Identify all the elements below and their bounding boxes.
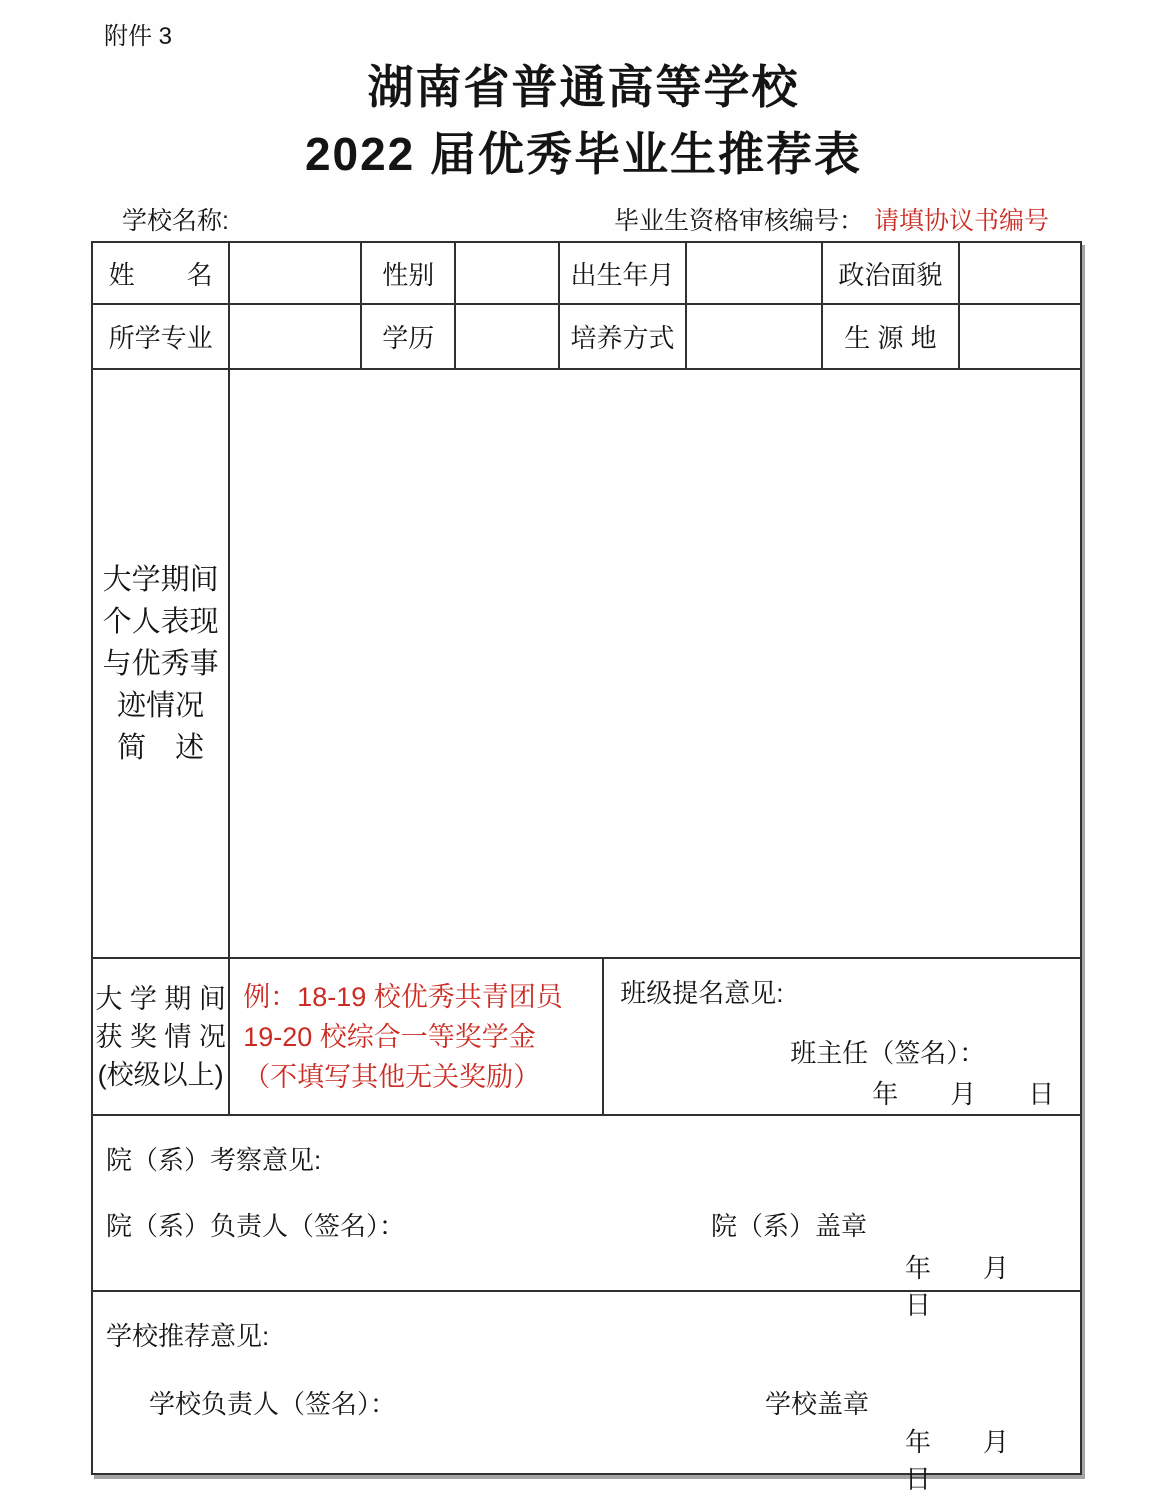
awards-example-cell[interactable]: 例：18-19 校优秀共青团员 19-20 校综合一等奖学金 （不填写其他无关奖…	[230, 959, 604, 1114]
birth-date-label-cell: 出生年月	[560, 243, 687, 303]
training-mode-label-cell: 培养方式	[560, 305, 687, 368]
education-level-input-cell[interactable]	[456, 305, 560, 368]
gender-label-cell: 性别	[362, 243, 456, 303]
awards-row: 大 学 期 间 获 奖 情 况 (校级以上) 例：18-19 校优秀共青团员 1…	[93, 959, 1080, 1116]
department-seal-label: 院（系）盖章	[711, 1206, 867, 1243]
school-seal-label: 学校盖章	[765, 1384, 869, 1421]
major-input-cell[interactable]	[230, 305, 362, 368]
meta-line: 学校名称: 毕业生资格审核编号：请填协议书编号	[122, 201, 1080, 237]
political-status-input-cell[interactable]	[960, 243, 1080, 303]
class-nomination-title: 班级提名意见:	[620, 973, 783, 1010]
name-input-cell[interactable]	[230, 243, 362, 303]
origin-place-label-cell: 生 源 地	[823, 305, 959, 368]
form-title-line1: 湖南省普通高等学校	[0, 54, 1167, 121]
name-label-cell: 姓 名	[93, 243, 230, 303]
class-nomination-date-line: 年 月 日	[872, 1074, 1054, 1111]
school-date-line: 年 月 日	[905, 1422, 1080, 1496]
training-mode-input-cell[interactable]	[687, 305, 823, 368]
info-row-2: 所学专业 学历 培养方式 生 源 地	[93, 305, 1080, 370]
performance-row: 大学期间 个人表现 与优秀事 迹情况 简 述	[93, 370, 1080, 959]
department-opinion-title: 院（系）考察意见:	[106, 1140, 321, 1177]
review-number-line: 毕业生资格审核编号：请填协议书编号	[614, 201, 1049, 237]
performance-label-cell: 大学期间 个人表现 与优秀事 迹情况 简 述	[93, 370, 230, 957]
document-page: 附件 3 湖南省普通高等学校 2022 届优秀毕业生推荐表 学校名称: 毕业生资…	[0, 0, 1167, 1507]
info-row-1: 姓 名 性别 出生年月 政治面貌	[93, 243, 1080, 305]
awards-label: 大 学 期 间 获 奖 情 况 (校级以上)	[95, 980, 226, 1094]
performance-content-cell[interactable]	[230, 370, 1080, 957]
review-number-hint: 请填协议书编号	[874, 207, 1049, 235]
birth-date-input-cell[interactable]	[687, 243, 823, 303]
attachment-label: 附件 3	[104, 16, 172, 51]
form-title: 湖南省普通高等学校 2022 届优秀毕业生推荐表	[0, 54, 1167, 188]
class-teacher-signature-label: 班主任（签名）：	[790, 1033, 985, 1070]
origin-place-input-cell[interactable]	[960, 305, 1080, 368]
school-opinion-title: 学校推荐意见:	[106, 1316, 269, 1353]
awards-example-line1: 例：18-19 校优秀共青团员	[243, 977, 563, 1017]
gender-input-cell[interactable]	[456, 243, 560, 303]
review-number-label: 毕业生资格审核编号：	[614, 207, 864, 235]
awards-label-cell: 大 学 期 间 获 奖 情 况 (校级以上)	[93, 959, 230, 1114]
school-name-label: 学校名称:	[122, 207, 229, 235]
major-label-cell: 所学专业	[93, 305, 230, 368]
department-head-signature-label: 院（系）负责人（签名）：	[106, 1206, 405, 1243]
form-title-line2: 2022 届优秀毕业生推荐表	[0, 121, 1167, 188]
performance-label: 大学期间 个人表现 与优秀事 迹情况 简 述	[103, 559, 219, 769]
awards-example-line2: 19-20 校综合一等奖学金	[243, 1017, 536, 1057]
school-head-signature-label: 学校负责人（签名）：	[149, 1384, 396, 1421]
department-opinion-row[interactable]: 院（系）考察意见: 院（系）负责人（签名）： 院（系）盖章 年 月 日	[93, 1116, 1080, 1292]
class-nomination-cell[interactable]: 班级提名意见: 班主任（签名）： 年 月 日	[604, 959, 1080, 1114]
political-status-label-cell: 政治面貌	[823, 243, 959, 303]
school-opinion-row[interactable]: 学校推荐意见: 学校负责人（签名）： 学校盖章 年 月 日	[93, 1292, 1080, 1473]
education-level-label-cell: 学历	[362, 305, 456, 368]
awards-example-line3: （不填写其他无关奖励）	[243, 1057, 540, 1097]
recommendation-form-table: 姓 名 性别 出生年月 政治面貌 所学专业 学历 培养方式 生 源 地 大学期间	[91, 241, 1082, 1475]
